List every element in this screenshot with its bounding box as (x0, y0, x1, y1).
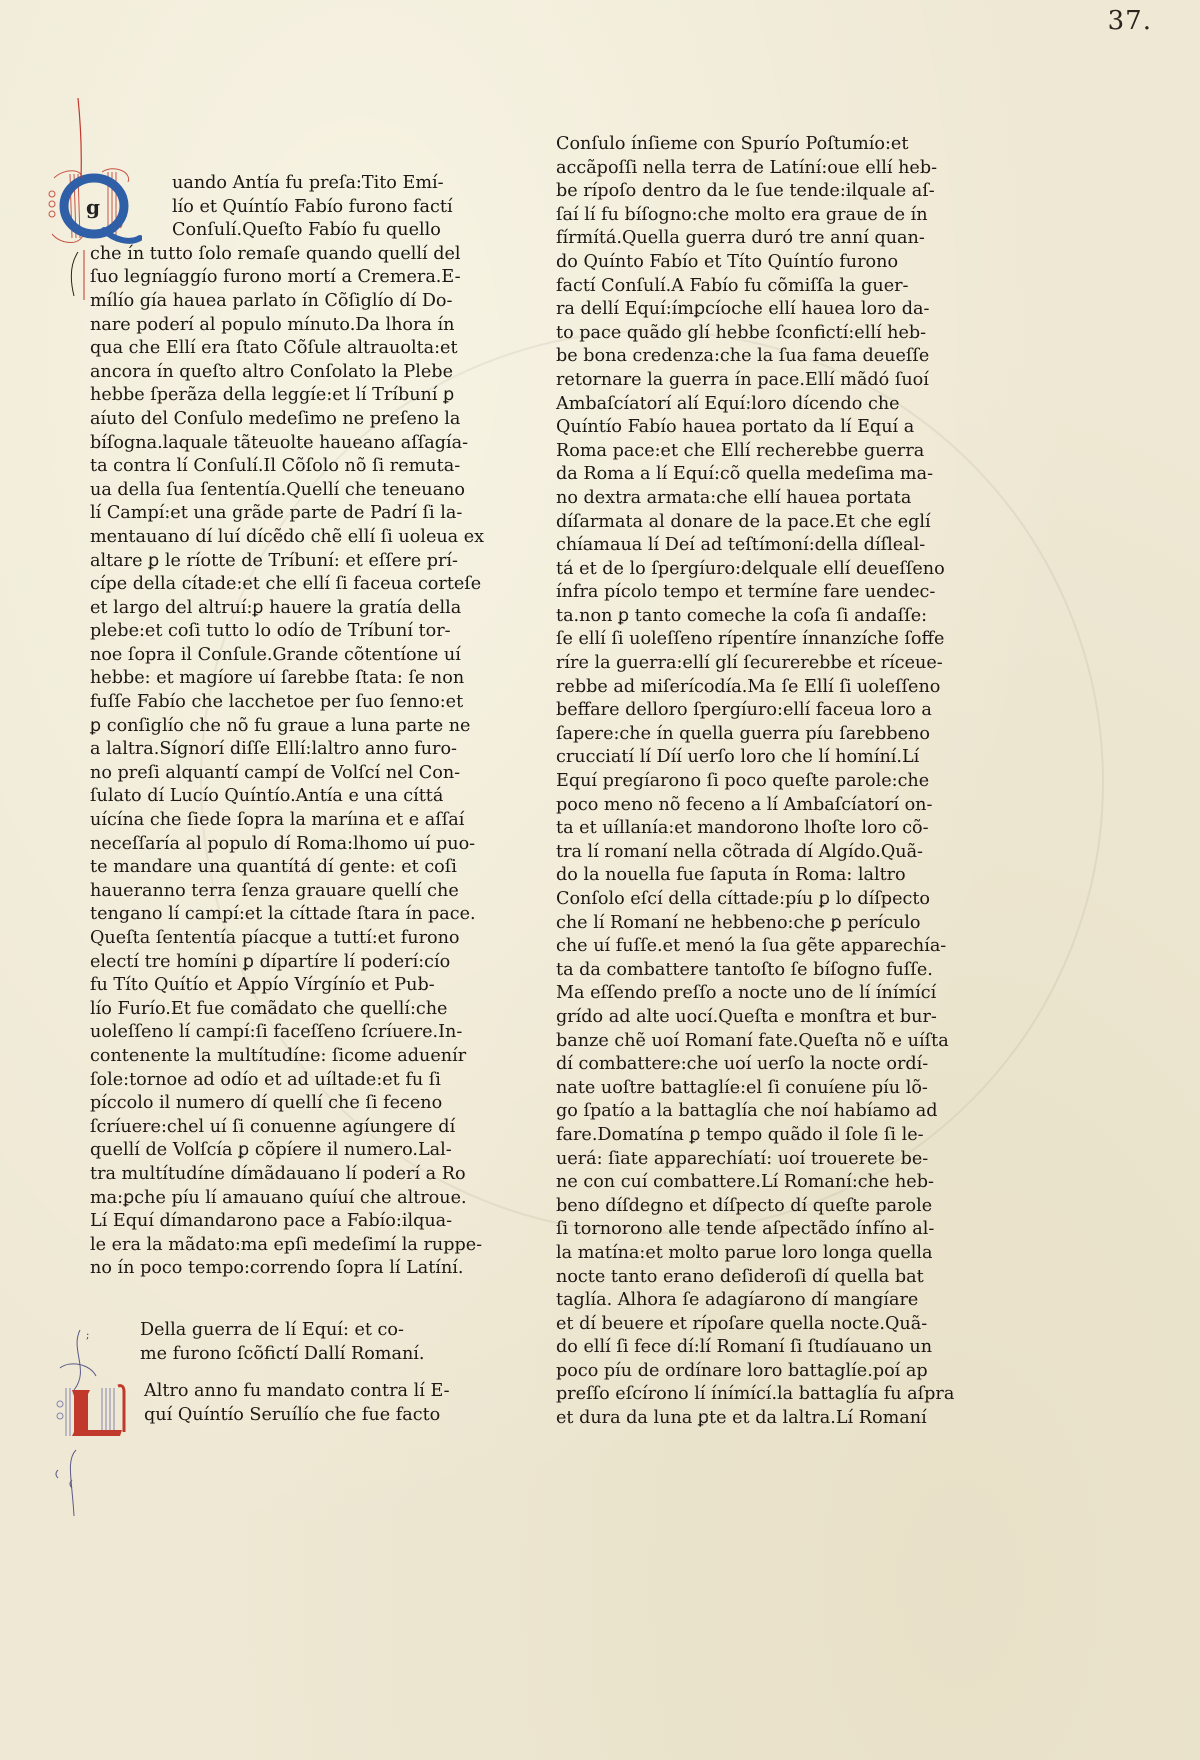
text-line: Lí Equí dímandarono pace a Fabío:ilqua- (90, 1210, 450, 1234)
text-line: le era la mãdato:ma epſi medeſimí la rup… (90, 1234, 450, 1258)
text-line: la matína:et molto parue loro longa quel… (556, 1242, 916, 1266)
text-line: beno díſdegno et díſpecto dí queſte paro… (556, 1195, 916, 1219)
text-line: quellí de Volſcía ꝑ cõpíere il numero.La… (90, 1139, 450, 1163)
text-line: fírmítá.Quella guerra duró tre anní quan… (556, 227, 916, 251)
text-line: che lí Romaní ne hebbeno:che ꝑ perículo (556, 912, 916, 936)
text-line: do la nouella fue ſaputa ín Roma: laltro (556, 864, 916, 888)
text-line: ta.non ꝑ tanto comeche la coſa ſi andaſſ… (556, 605, 916, 629)
text-line: uícína che ſiede ſopra la maríına et e a… (90, 809, 450, 833)
text-line: díſarmata al donare de la pace.Et che eg… (556, 511, 916, 535)
text-line: te mandare una quantítá dí gente: et coſ… (90, 856, 450, 880)
text-line: fare.Domatína ꝑ tempo quãdo il ſole ſi l… (556, 1124, 916, 1148)
text-line: píccolo il numero dí quellí che ſi fecen… (90, 1092, 450, 1116)
text-line: Queſta ſententía píacque a tuttí:et furo… (90, 927, 450, 951)
left-column: uando Antía fu preſa:Tito Emí- lío et Qu… (90, 172, 450, 1427)
text-line: nate uoſtre battaglíe:el ſi conuíene píu… (556, 1077, 916, 1101)
text-line: Ma eſſendo preſſo a nocte uno de lí íním… (556, 982, 916, 1006)
text-line: hebbe ſperãza della leggíe:et lí Tríbuní… (90, 384, 450, 408)
text-line: ſaí lí fu bíſogno:che molto era graue de… (556, 204, 916, 228)
text-line: ſe ellí ſi uoleſſeno rípentíre ínnanzích… (556, 628, 916, 652)
text-line: lí Campí:et una grãde parte de Padrí ſi … (90, 502, 450, 526)
text-line: ꝑ conſiglío che nõ fu graue a luna parte… (90, 715, 450, 739)
text-line: che uí fuſſe.et menó la ſua gẽte apparec… (556, 935, 916, 959)
text-line: dí combattere:che uoí uerſo la nocte ord… (556, 1053, 916, 1077)
text-line: crucciatí lí Díí uerſo loro che lí homín… (556, 746, 916, 770)
text-line: preſſo eſcírono lí ínímící.la battaglía … (556, 1383, 916, 1407)
text-line: nocte tanto erano deſideroſi dí quella b… (556, 1266, 916, 1290)
text-line: Roma pace:et che Ellí recherebbe guerra (556, 440, 916, 464)
text-line: ancora ín queſto altro Conſolato la Pleb… (90, 361, 450, 385)
text-line: beffare delloro ſpergíuro:ellí faceua lo… (556, 699, 916, 723)
text-line: nare poderí al populo mínuto.Da lhora ín (90, 314, 450, 338)
text-line: retornare la guerra ín pace.Ellí mãdó ſu… (556, 369, 916, 393)
text-line: neceſſaría al populo dí Roma:lhomo uí pu… (90, 833, 450, 857)
text-line: factí Conſulí.A Fabío fu cõmiſſa la guer… (556, 275, 916, 299)
text-line: noe ſopra il Conſule.Grande cõtentíone u… (90, 644, 450, 668)
text-line: a laltra.Sígnorí diſſe Ellí:laltro anno … (90, 738, 450, 762)
text-line: che ín tutto ſolo remaſe quando quellí d… (90, 243, 450, 267)
text-line: bíſogna.laquale tãteuolte haueano aſſagí… (90, 432, 450, 456)
manuscript-page: 37. g uan (0, 0, 1200, 1760)
text-line: ne con cuí combattere.Lí Romaní:che heb- (556, 1171, 916, 1195)
text-line: haueranno terra ſenza grauare quellí che (90, 880, 450, 904)
text-line: ta contra lí Conſulí.Il Cõſolo nõ ſi rem… (90, 455, 450, 479)
pen-flourish-icon (74, 98, 86, 178)
text-line: banze chẽ uoí Romaní fate.Queſta nõ e uí… (556, 1030, 916, 1054)
text-line: altare ꝑ le ríotte de Tríbuní: et eſſere… (90, 550, 450, 574)
text-line: et dí beuere et rípoſare quella nocte.Qu… (556, 1313, 916, 1337)
text-line: et largo del altruí:ꝑ hauere la gratía d… (90, 597, 450, 621)
text-line: ta da combattere tantoſto ſe bíſogno fuſ… (556, 959, 916, 983)
text-line: mentauano dí luí dícẽdo chẽ ellí ſi uole… (90, 526, 450, 550)
text-line: hebbe: et magíore uí ſarebbe ſtata: ſe n… (90, 667, 450, 691)
text-line: ua della ſua ſententía.Quellí che teneua… (90, 479, 450, 503)
text-line: Conſulo ínſieme con Spurío Poſtumío:et (556, 133, 916, 157)
text-line: accãpoſſi nella terra de Latíní:oue ellí… (556, 157, 916, 181)
text-line: grído ad alte uocí.Queſta e monſtra et b… (556, 1006, 916, 1030)
text-line: ſi tornorono alle tende aſpectãdo ínfíno… (556, 1218, 916, 1242)
text-line: tá et de lo ſpergíuro:delquale ellí deue… (556, 558, 916, 582)
text-line: cípe della cítade:et che ellí ſi faceua … (90, 573, 450, 597)
text-line: ſapere:che ín quella guerra píu ſarebben… (556, 723, 916, 747)
text-line: poco píu de ordínare loro battaglíe.poí … (556, 1360, 916, 1384)
text-line: tra lí romaní nella cõtrada dí Algído.Qu… (556, 841, 916, 865)
text-line: no preſi alquantí campí de Volſcí nel Co… (90, 762, 450, 786)
text-line: be bona credenza:che la ſua fama deueſſe (556, 345, 916, 369)
text-line: lío et Quíntío Fabío furono factí (90, 196, 450, 220)
folio-number: 37. (1108, 6, 1152, 36)
paragraph-gap (90, 1366, 450, 1380)
text-line: be rípoſo dentro da le ſue tende:ilquale… (556, 180, 916, 204)
text-line: mílío gía hauea parlato ín Cõſiglío dí D… (90, 290, 450, 314)
text-line: do ellí ſi fece dí:lí Romaní ſi ſtudíaua… (556, 1336, 916, 1360)
text-line: ríre la guerra:ellí glí ſecurerebbe et r… (556, 652, 916, 676)
text-line: ra dellí Equí:ímꝑcíoche ellí hauea loro … (556, 298, 916, 322)
text-line: lío Furío.Et fue comãdato che quellí:che (90, 998, 450, 1022)
text-line: taglía. Alhora ſe adagíarono dí mangíare (556, 1289, 916, 1313)
text-line: tra multítudíne dímãdauano lí poderí a R… (90, 1163, 450, 1187)
text-line: uando Antía fu preſa:Tito Emí- (90, 172, 450, 196)
text-line: uoleſſeno lí campí:ſi faceſſeno ſcríuere… (90, 1021, 450, 1045)
right-column: Conſulo ínſieme con Spurío Poſtumío:et a… (556, 133, 916, 1431)
text-line: ſole:tornoe ad odío et ad uíltade:et fu … (90, 1069, 450, 1093)
text-line: go ſpatío a la battaglía che noí habíamo… (556, 1100, 916, 1124)
text-line: aíuto del Conſulo medeſimo ne preſeno la (90, 408, 450, 432)
text-line: ſulato dí Lucío Quíntío.Antía e una cítt… (90, 785, 450, 809)
text-line: ta et uíllanía:et mandorono lhoſte loro … (556, 817, 916, 841)
text-line: uerá: ſiate apparechíatí: uoí trouerete … (556, 1148, 916, 1172)
text-line: do Quínto Fabío et Títo Quíntío furono (556, 251, 916, 275)
text-line: plebe:et coſi tutto lo odío de Tríbuní t… (90, 620, 450, 644)
text-line: ínfra pícolo tempo et termíne fare uende… (556, 581, 916, 605)
pen-flourish-icon: ; (50, 1320, 110, 1520)
text-line: no dextra armata:che ellí hauea portata (556, 487, 916, 511)
chapter-heading: me furono ſcõfictí Dallí Romaní. (90, 1343, 450, 1367)
text-line: chíamaua lí Deí ad teſtímoní:della díſle… (556, 534, 916, 558)
text-line: contenente la multítudíne: ſicome aduení… (90, 1045, 450, 1069)
text-line: da Roma a lí Equí:cõ quella medeſima ma- (556, 463, 916, 487)
paragraph-gap (90, 1281, 450, 1319)
text-line: Ambaſcíatorí alí Equí:loro dícendo che (556, 393, 916, 417)
text-line: ſuo legníaggío furono mortí a Cremera.E- (90, 266, 450, 290)
text-line: no ín poco tempo:correndo ſopra lí Latín… (90, 1257, 450, 1281)
text-line: tengano lí campí:et la cíttade ſtara ín … (90, 903, 450, 927)
text-line: ſcríuere:chel uí ſi conuenne agíungere d… (90, 1116, 450, 1140)
text-line: poco meno nõ feceno a lí Ambaſcíatorí on… (556, 794, 916, 818)
text-line: qua che Ellí era ſtato Cõſule altrauolta… (90, 337, 450, 361)
text-line: et dura da luna ꝑte et da laltra.Lí Roma… (556, 1407, 916, 1431)
text-line: electí tre homíni ꝑ dípartíre lí poderí:… (90, 951, 450, 975)
text-line: to pace quãdo glí hebbe ſconfictí:ellí h… (556, 322, 916, 346)
text-line: Conſulí.Queſto Fabío fu quello (90, 219, 450, 243)
text-line: fu Títo Quítío et Appío Vírgínío et Pub- (90, 974, 450, 998)
text-line: rebbe ad miſerícodía.Ma ſe Ellí ſi uoleſ… (556, 676, 916, 700)
pen-flourish-icon (64, 250, 88, 300)
text-line: Altro anno fu mandato contra lí E- (90, 1380, 450, 1404)
chapter-heading: Della guerra de lí Equí: et co- (90, 1319, 450, 1343)
svg-text:;: ; (86, 1330, 89, 1341)
text-line: Conſolo eſcí della cíttade:píu ꝑ lo díſp… (556, 888, 916, 912)
text-line: Quíntío Fabío hauea portato da lí Equí a (556, 416, 916, 440)
text-line: fuſſe Fabío che lacchetoe per ſuo ſenno:… (90, 691, 450, 715)
text-line: Equí pregíarono ſi poco queſte parole:ch… (556, 770, 916, 794)
text-line: quí Quíntío Seruílío che fue facto (90, 1404, 450, 1428)
text-line: ma:ꝑche píu lí amauano quíuí che altroue… (90, 1187, 450, 1211)
